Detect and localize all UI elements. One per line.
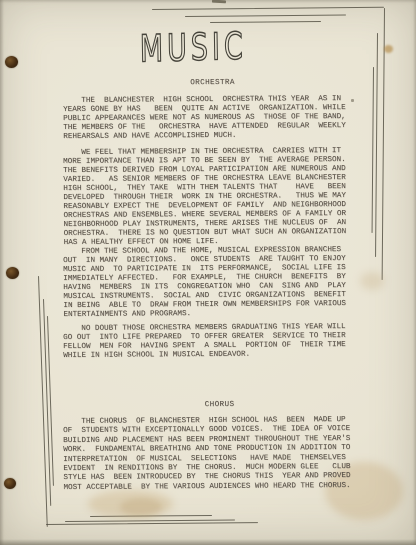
punch-hole-bottom [4, 478, 16, 489]
stain-right-middle [360, 272, 384, 290]
border-line-right-3 [371, 67, 373, 233]
border-line-bottom-2 [65, 519, 235, 521]
stain-bottom-center-2 [120, 498, 162, 516]
paragraph: THE CHORUS OF BLANCHESTER HIGH SCHOOL HA… [63, 415, 351, 492]
border-line-top-1 [152, 7, 384, 10]
paragraph: FROM THE SCHOOL AND THE HOME, MUSICAL EX… [63, 246, 346, 320]
speck-top-center [212, 0, 226, 3]
punch-hole-middle [6, 267, 19, 279]
border-line-top-2 [185, 14, 346, 17]
page-title: MUSIC [0, 21, 387, 75]
paragraph: THE BLANCHESTER HIGH SCHOOL ORCHESTRA TH… [63, 95, 346, 142]
text-line: ENTERTAINMENTS AND PROGRAMS. [63, 309, 346, 320]
yearbook-page: MUSIC ORCHESTRA THE BLANCHESTER HIGH SCH… [0, 0, 416, 545]
scan-edge-bottom [0, 539, 416, 545]
paragraph: NO DOUBT THOSE ORCHESTRA MEMBERS GRADUAT… [63, 323, 346, 361]
border-line-bottom-1 [46, 522, 258, 525]
paragraph: WE FEEL THAT MEMBERSHIP IN THE ORCHESTRA… [63, 147, 346, 248]
scan-edge-left [0, 0, 4, 545]
text-line: THE MEMBERS OF THE ORCHESTRA HAVE ATTEND… [63, 122, 346, 133]
text-line: ORCHESTRA. THERE IS NO QUESTION BUT WHAT… [64, 228, 347, 239]
border-line-right-2 [375, 33, 378, 257]
text-line: REHEARSALS AND HAVE ACCOMPLISHED MUCH. [63, 131, 346, 142]
text-line: WHILE IN HIGH SCHOOL IN MUSICAL ENDEAVOR… [63, 350, 346, 361]
scan-edge-top [0, 0, 416, 3]
border-line-top-3 [210, 20, 321, 22]
section-heading-orchestra: ORCHESTRA [70, 78, 355, 88]
stain-bottom-center [88, 490, 173, 518]
speck-right [351, 99, 354, 102]
text-line: MOST ACCEPTABLE BY THE VARIOUS AUDIENCES… [63, 481, 350, 492]
section-heading-chorus: CHORUS [77, 400, 362, 410]
border-line-bottom-3 [90, 515, 212, 517]
